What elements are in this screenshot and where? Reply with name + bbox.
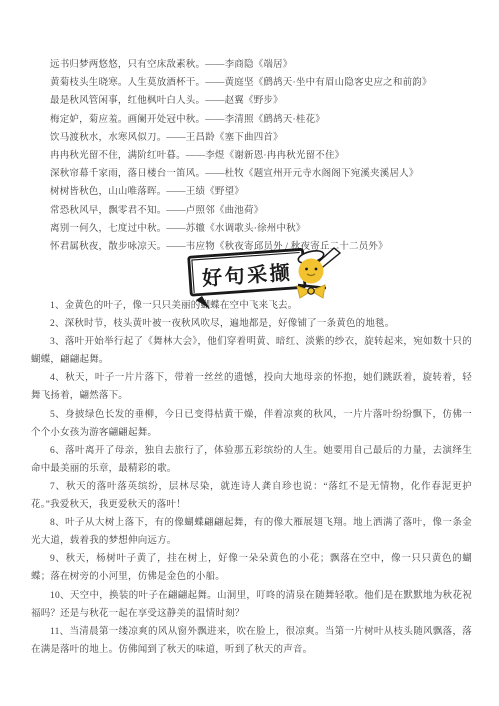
sentence-paragraph: 4、秋天，叶子一片片落下，带着一丝丝的遗憾，投向大地母亲的怀抱，她们跳跃着，旋转… — [31, 369, 472, 405]
quote-line: 饮马渡秋水，水寒风似刀。——王昌龄《塞下曲四首》 — [31, 129, 472, 147]
quote-line: 黄菊枝头生晓寒。人生莫放酒杯干。——黄庭坚《鹧鸪天·坐中有眉山隐客史应之和前韵》 — [31, 74, 472, 92]
mascot-icon — [297, 248, 340, 298]
sentence-list: 1、金黄色的叶子，像一只只美丽的蝴蝶在空中飞来飞去。2、深秋时节，枝头黄叶被一夜… — [31, 297, 472, 659]
quote-line: 冉冉秋光留不住，满阶红叶暮。——李煜《谢新恩·冉冉秋光留不住》 — [31, 147, 472, 165]
sentence-paragraph: 10、天空中，换装的叶子在翩翩起舞。山洞里，叮咚的清泉在随舞轻歌。他们是在默默地… — [31, 587, 472, 623]
quote-line: 离别一何久，七度过中秋。——苏辙《水调歌头·徐州中秋》 — [31, 220, 472, 238]
document-page: 远书归梦两悠悠，只有空床敌素秋。——李商隐《端居》黄菊枝头生晓寒。人生莫放酒杯干… — [0, 0, 499, 706]
arrow-mark-icon — [196, 296, 210, 309]
sign-frame: 好句采撷 — [189, 249, 305, 295]
quote-line: 远书归梦两悠悠，只有空床敌素秋。——李商隐《端居》 — [31, 56, 472, 74]
section-badge: 好句采撷 — [180, 240, 350, 325]
sentence-paragraph: 8、叶子从大树上落下，有的像蝴蝶翩翩起舞，有的像大雁展翅飞翔。地上洒满了落叶，像… — [31, 514, 472, 550]
badge-graphic: 好句采撷 — [180, 240, 350, 325]
sentence-paragraph: 11、当清晨第一缕凉爽的风从窗外飘进来，吹在脸上，很凉爽。当第一片树叶从枝头随风… — [31, 623, 472, 659]
quote-line: 梅定妒，菊应羞。画阑开处冠中秋。——李清照《鹧鸪天·桂花》 — [31, 111, 472, 129]
mascot-eye-left — [305, 268, 308, 271]
sentence-paragraph: 9、秋天，杨树叶子黄了，挂在树上，好像一朵朵黄色的小花；飘落在空中，像一只只黄色… — [31, 550, 472, 586]
quote-line: 树树皆秋色，山山唯落晖。——王绩《野望》 — [31, 183, 472, 201]
sentence-paragraph: 3、落叶开始举行起了《舞林大会》，他们穿着明黄、暗红、淡紫的纱衣，旋转起来，宛如… — [31, 333, 472, 369]
mascot-face-icon — [299, 259, 324, 284]
sentence-paragraph: 7、秋天的落叶落英缤纷，层林尽染，就连诗人龚自珍也说：“落红不是无情物，化作春泥… — [31, 478, 472, 514]
quote-list: 远书归梦两悠悠，只有空床敌素秋。——李商隐《端居》黄菊枝头生晓寒。人生莫放酒杯干… — [31, 56, 472, 256]
sentence-paragraph: 5、身披绿色长发的垂柳，今日已变得枯黄干燥，伴着凉爽的秋风，一片片落叶纷纷飘下，… — [31, 406, 472, 442]
quote-line: 深秋帘幕千家雨，落日楼台一笛风。——杜牧《题宣州开元寺水阁阁下宛溪夹溪居人》 — [31, 165, 472, 183]
quote-line: 常恐秋风早，飘零君不知。——卢照邻《曲池荷》 — [31, 202, 472, 220]
quote-line: 最是秋风管闲事，红他枫叶白人头。——赵翼《野步》 — [31, 92, 472, 110]
sentence-paragraph: 6、落叶离开了母亲，独自去旅行了，体验那五彩缤纷的人生。她要用自己最后的力量，去… — [31, 442, 472, 478]
mascot-eye-right — [315, 268, 318, 271]
